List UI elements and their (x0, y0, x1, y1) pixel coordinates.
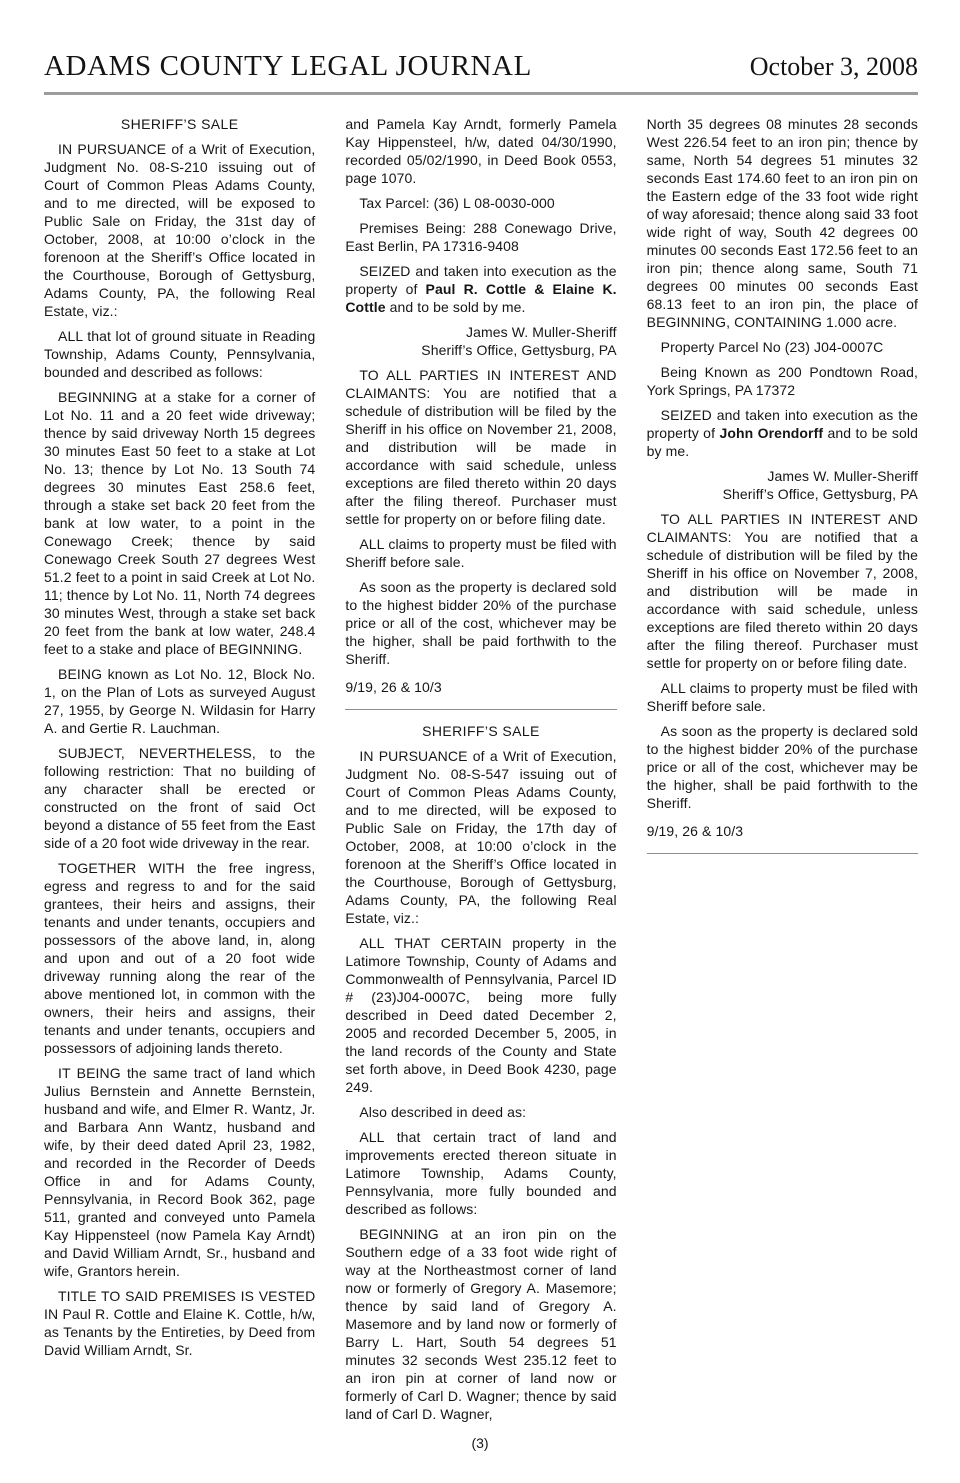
column-3: North 35 degrees 08 minutes 28 seconds W… (647, 115, 918, 1423)
signature-line: James W. Muller-Sheriff (647, 467, 918, 485)
notice-paragraph: ALL claims to property must be filed wit… (345, 535, 616, 571)
notice-paragraph: BEGINNING at a stake for a corner of Lot… (44, 388, 315, 658)
notice-paragraph: and Pamela Kay Arndt, formerly Pamela Ka… (345, 115, 616, 187)
notice-paragraph: ALL claims to property must be filed wit… (647, 679, 918, 715)
column-1: SHERIFF’S SALEIN PURSUANCE of a Writ of … (44, 115, 315, 1423)
notice-paragraph: ALL that certain tract of land and impro… (345, 1128, 616, 1218)
notice-paragraph: TO ALL PARTIES IN INTEREST AND CLAIMANTS… (647, 510, 918, 672)
notice-paragraph: SEIZED and taken into execution as the p… (345, 262, 616, 316)
signature-line: Sheriff’s Office, Gettysburg, PA (345, 341, 616, 359)
notice-paragraph: TOGETHER WITH the free ingress, egress a… (44, 859, 315, 1057)
signature-line: Sheriff’s Office, Gettysburg, PA (647, 485, 918, 503)
column-2: and Pamela Kay Arndt, formerly Pamela Ka… (345, 115, 616, 1423)
notice-paragraph: IN PURSUANCE of a Writ of Execution, Jud… (345, 747, 616, 927)
notice-paragraph: As soon as the property is declared sold… (345, 578, 616, 668)
notice-paragraph: BEING known as Lot No. 12, Block No. 1, … (44, 665, 315, 737)
notice-paragraph: BEGINNING at an iron pin on the Southern… (345, 1225, 616, 1423)
notice-title: SHERIFF’S SALE (44, 115, 315, 133)
filing-dates: 9/19, 26 & 10/3 (345, 678, 616, 696)
section-divider (647, 853, 918, 854)
journal-title: ADAMS COUNTY LEGAL JOURNAL (44, 50, 532, 83)
page-number: (3) (0, 1435, 960, 1451)
notice-paragraph: IT BEING the same tract of land which Ju… (44, 1064, 315, 1280)
notice-columns: SHERIFF’S SALEIN PURSUANCE of a Writ of … (44, 95, 918, 1423)
notice-paragraph: TO ALL PARTIES IN INTEREST AND CLAIMANTS… (345, 366, 616, 528)
notice-paragraph: Tax Parcel: (36) L 08-0030-000 (345, 194, 616, 212)
notice-paragraph: Premises Being: 288 Conewago Drive, East… (345, 219, 616, 255)
section-divider (345, 709, 616, 710)
signature-block: James W. Muller-SheriffSheriff’s Office,… (647, 467, 918, 503)
notice-paragraph: North 35 degrees 08 minutes 28 seconds W… (647, 115, 918, 331)
notice-title: SHERIFF’S SALE (345, 722, 616, 740)
filing-dates: 9/19, 26 & 10/3 (647, 822, 918, 840)
notice-paragraph: ALL THAT CERTAIN property in the Latimor… (345, 934, 616, 1096)
notice-paragraph: Also described in deed as: (345, 1103, 616, 1121)
journal-page: ADAMS COUNTY LEGAL JOURNAL October 3, 20… (0, 0, 960, 1423)
notice-paragraph: ALL that lot of ground situate in Readin… (44, 327, 315, 381)
notice-paragraph: TITLE TO SAID PREMISES IS VESTED IN Paul… (44, 1287, 315, 1359)
masthead: ADAMS COUNTY LEGAL JOURNAL October 3, 20… (44, 0, 918, 95)
issue-date: October 3, 2008 (750, 52, 918, 82)
notice-paragraph: IN PURSUANCE of a Writ of Execution, Jud… (44, 140, 315, 320)
signature-block: James W. Muller-SheriffSheriff’s Office,… (345, 323, 616, 359)
notice-paragraph: Property Parcel No (23) J04-0007C (647, 338, 918, 356)
signature-line: James W. Muller-Sheriff (345, 323, 616, 341)
notice-paragraph: Being Known as 200 Pondtown Road, York S… (647, 363, 918, 399)
notice-paragraph: SEIZED and taken into execution as the p… (647, 406, 918, 460)
notice-paragraph: SUBJECT, NEVERTHELESS, to the following … (44, 744, 315, 852)
notice-paragraph: As soon as the property is declared sold… (647, 722, 918, 812)
